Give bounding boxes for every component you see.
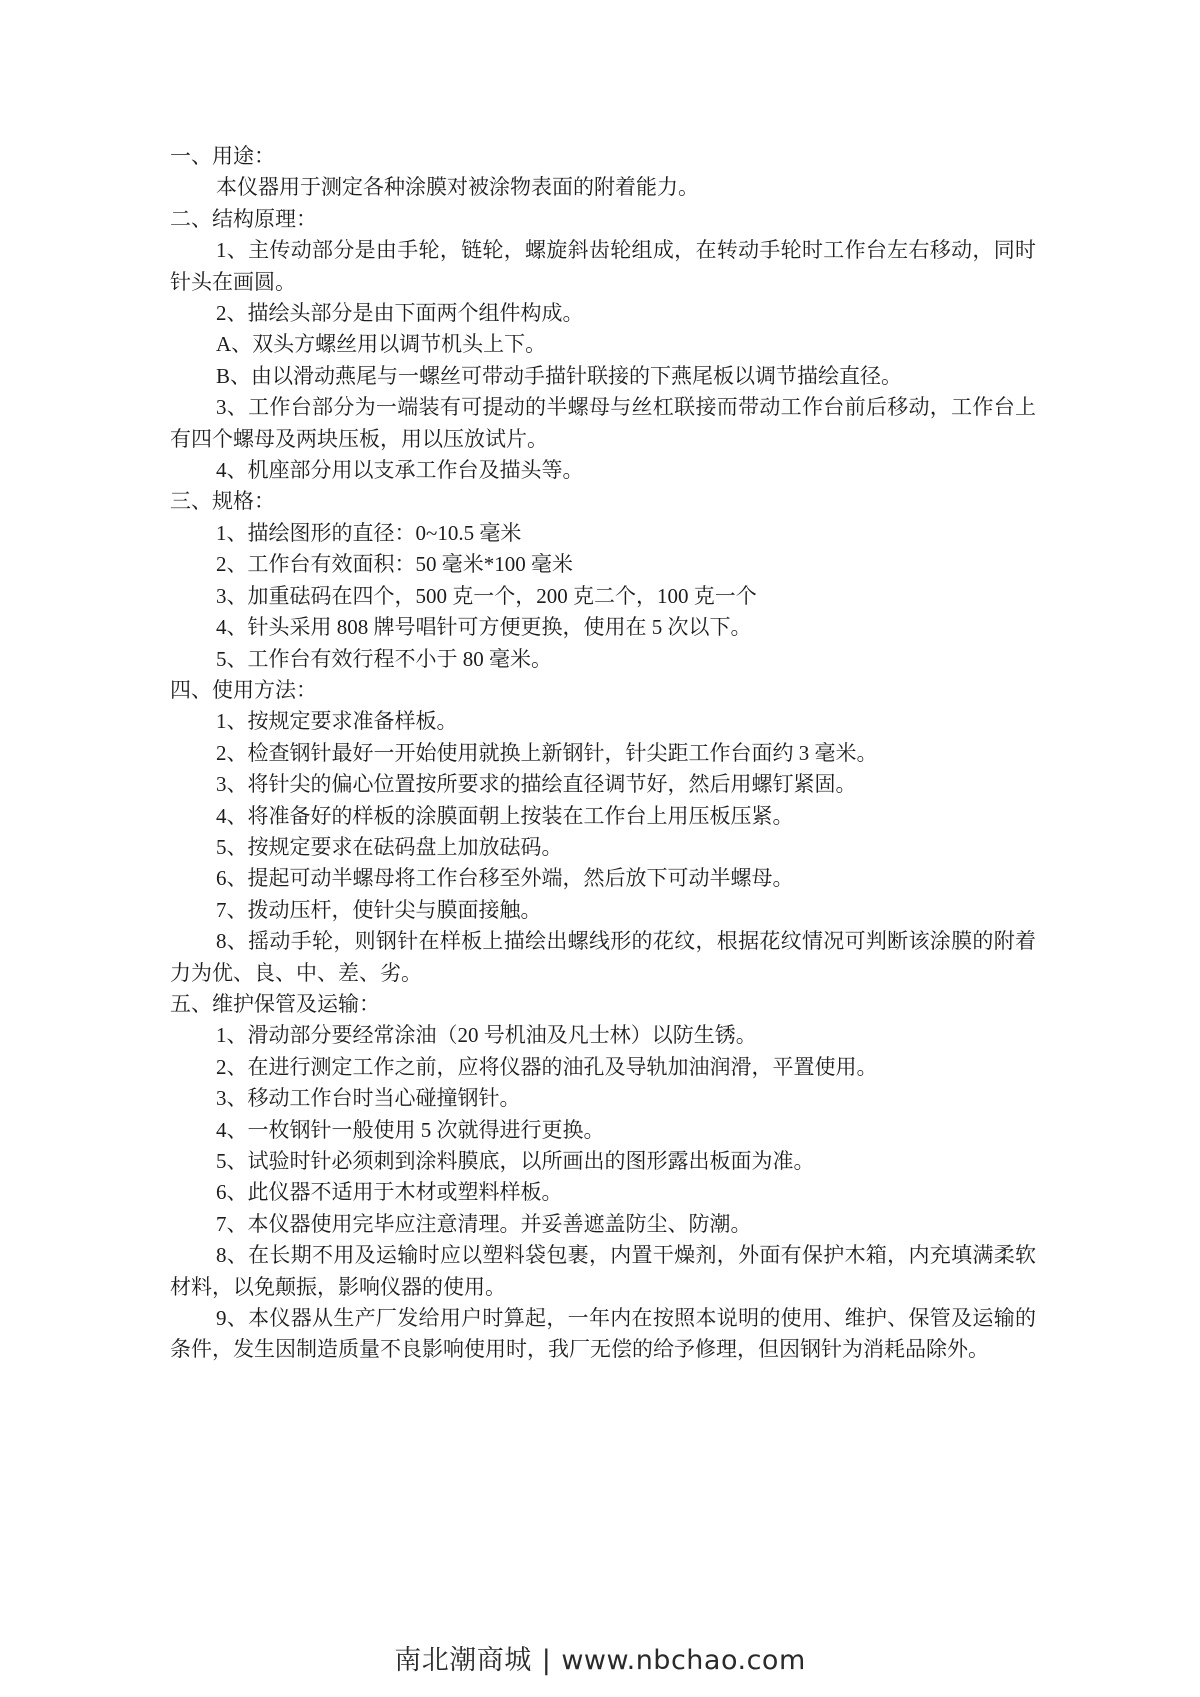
section-heading: 五、维护保管及运输： — [170, 989, 1036, 1020]
paragraph: 2、描绘头部分是由下面两个组件构成。 — [170, 298, 1036, 329]
paragraph: A、双头方螺丝用以调节机头上下。 — [170, 329, 1036, 360]
paragraph: 2、工作台有效面积：50 毫米*100 毫米 — [170, 549, 1036, 580]
paragraph: 2、在进行测定工作之前，应将仪器的油孔及导轨加油润滑，平置使用。 — [170, 1052, 1036, 1083]
footer-site-url: www.nbchao.com — [561, 1645, 805, 1676]
footer-site-name: 南北潮商城 — [394, 1645, 532, 1676]
page-footer: 南北潮商城|www.nbchao.com — [0, 1638, 1200, 1677]
paragraph: 5、工作台有效行程不小于 80 毫米。 — [170, 644, 1036, 675]
paragraph: 1、按规定要求准备样板。 — [170, 706, 1036, 737]
paragraph: 4、机座部分用以支承工作台及描头等。 — [170, 455, 1036, 486]
paragraph: 6、此仪器不适用于木材或塑料样板。 — [170, 1177, 1036, 1208]
paragraph: 5、试验时针必须刺到涂料膜底，以所画出的图形露出板面为准。 — [170, 1146, 1036, 1177]
paragraph: 3、移动工作台时当心碰撞钢针。 — [170, 1083, 1036, 1114]
paragraph: 8、摇动手轮，则钢针在样板上描绘出螺线形的花纹，根据花纹情况可判断该涂膜的附着力… — [170, 926, 1036, 989]
paragraph: 5、按规定要求在砝码盘上加放砝码。 — [170, 832, 1036, 863]
paragraph: B、由以滑动燕尾与一螺丝可带动手描针联接的下燕尾板以调节描绘直径。 — [170, 361, 1036, 392]
document-body: 一、用途： 本仪器用于测定各种涂膜对被涂物表面的附着能力。 二、结构原理： 1、… — [170, 141, 1036, 1366]
section-heading: 四、使用方法： — [170, 675, 1036, 706]
paragraph: 4、一枚钢针一般使用 5 次就得进行更换。 — [170, 1115, 1036, 1146]
paragraph: 9、本仪器从生产厂发给用户时算起，一年内在按照本说明的使用、维护、保管及运输的条… — [170, 1303, 1036, 1366]
section-heading: 一、用途： — [170, 141, 1036, 172]
paragraph: 1、描绘图形的直径：0~10.5 毫米 — [170, 518, 1036, 549]
paragraph: 7、本仪器使用完毕应注意清理。并妥善遮盖防尘、防潮。 — [170, 1209, 1036, 1240]
paragraph: 6、提起可动半螺母将工作台移至外端，然后放下可动半螺母。 — [170, 863, 1036, 894]
footer-separator: | — [532, 1645, 562, 1676]
paragraph: 1、滑动部分要经常涂油（20 号机油及凡士林）以防生锈。 — [170, 1020, 1036, 1051]
section-heading: 三、规格： — [170, 486, 1036, 517]
paragraph: 3、工作台部分为一端装有可提动的半螺母与丝杠联接而带动工作台前后移动，工作台上有… — [170, 392, 1036, 455]
section-heading: 二、结构原理： — [170, 204, 1036, 235]
paragraph: 3、加重砝码在四个，500 克一个，200 克二个，100 克一个 — [170, 581, 1036, 612]
paragraph: 1、主传动部分是由手轮，链轮，螺旋斜齿轮组成，在转动手轮时工作台左右移动，同时针… — [170, 235, 1036, 298]
paragraph: 本仪器用于测定各种涂膜对被涂物表面的附着能力。 — [170, 172, 1036, 203]
paragraph: 8、在长期不用及运输时应以塑料袋包裹，内置干燥剂，外面有保护木箱，内充填满柔软材… — [170, 1240, 1036, 1303]
paragraph: 2、检查钢针最好一开始使用就换上新钢针，针尖距工作台面约 3 毫米。 — [170, 738, 1036, 769]
paragraph: 3、将针尖的偏心位置按所要求的描绘直径调节好，然后用螺钉紧固。 — [170, 769, 1036, 800]
paragraph: 7、拨动压杆，使针尖与膜面接触。 — [170, 895, 1036, 926]
paragraph: 4、将准备好的样板的涂膜面朝上按装在工作台上用压板压紧。 — [170, 801, 1036, 832]
paragraph: 4、针头采用 808 牌号唱针可方便更换，使用在 5 次以下。 — [170, 612, 1036, 643]
